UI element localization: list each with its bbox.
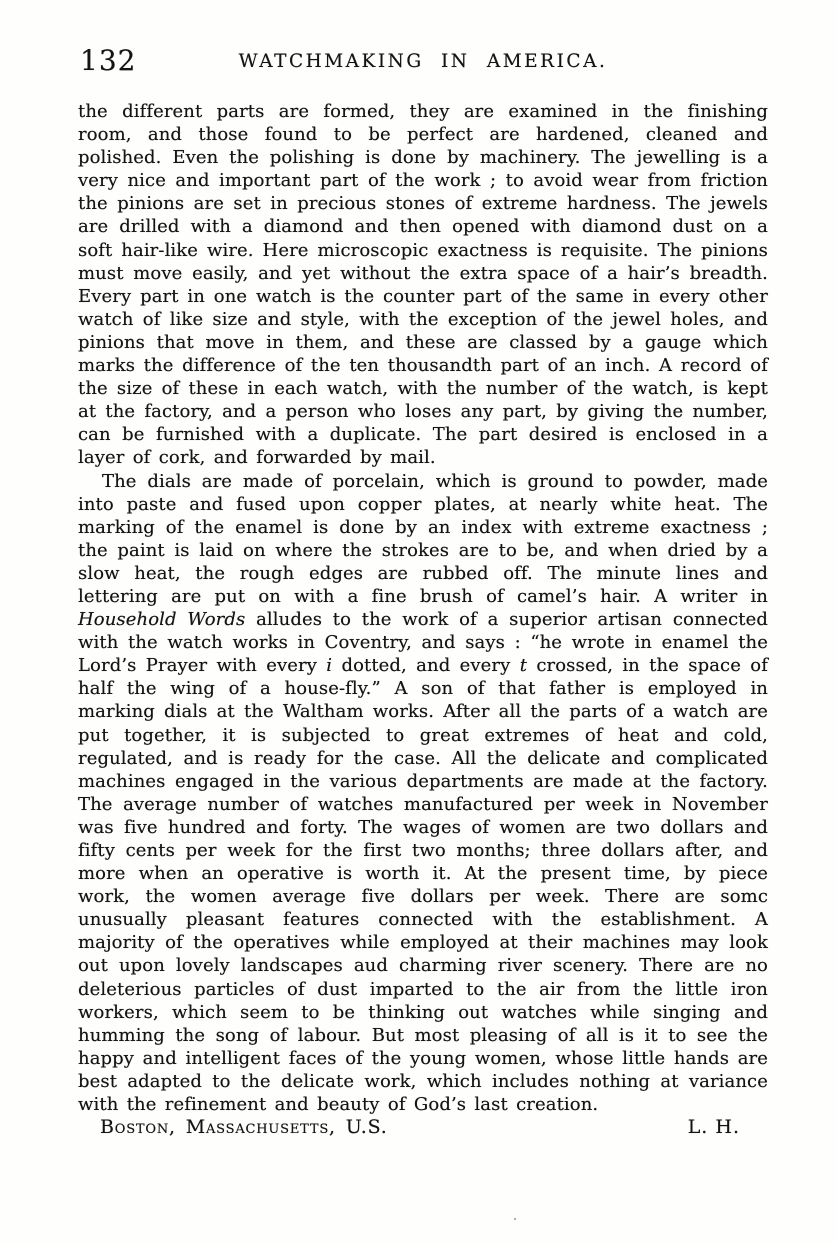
body-text: The dials are made of porcelain, which i… — [78, 471, 768, 607]
book-page: 132 WATCHMAKING IN AMERICA. the differen… — [0, 0, 837, 1242]
signature-place: Boston, Massachusetts, U.S. — [100, 1116, 388, 1139]
page-header: 132 WATCHMAKING IN AMERICA. — [78, 48, 768, 84]
italic-text: t — [520, 655, 527, 676]
italic-text: Household Words — [78, 609, 245, 630]
body-text: crossed, in the space of half the wing o… — [78, 655, 768, 1115]
signature-initials: L. H. — [688, 1116, 740, 1139]
scan-artifact-speck — [514, 1218, 516, 1220]
paragraph-2: The dials are made of porcelain, which i… — [78, 470, 768, 1117]
page-body: the different parts are formed, they are… — [78, 100, 768, 1116]
body-text: dotted, and every — [332, 655, 520, 676]
signature-line: Boston, Massachusetts, U.S. L. H. — [78, 1116, 768, 1139]
body-text: the different parts are formed, they are… — [78, 101, 768, 468]
page-number: 132 — [80, 44, 136, 77]
running-header-title: WATCHMAKING IN AMERICA. — [78, 48, 768, 72]
paragraph-1: the different parts are formed, they are… — [78, 100, 768, 470]
